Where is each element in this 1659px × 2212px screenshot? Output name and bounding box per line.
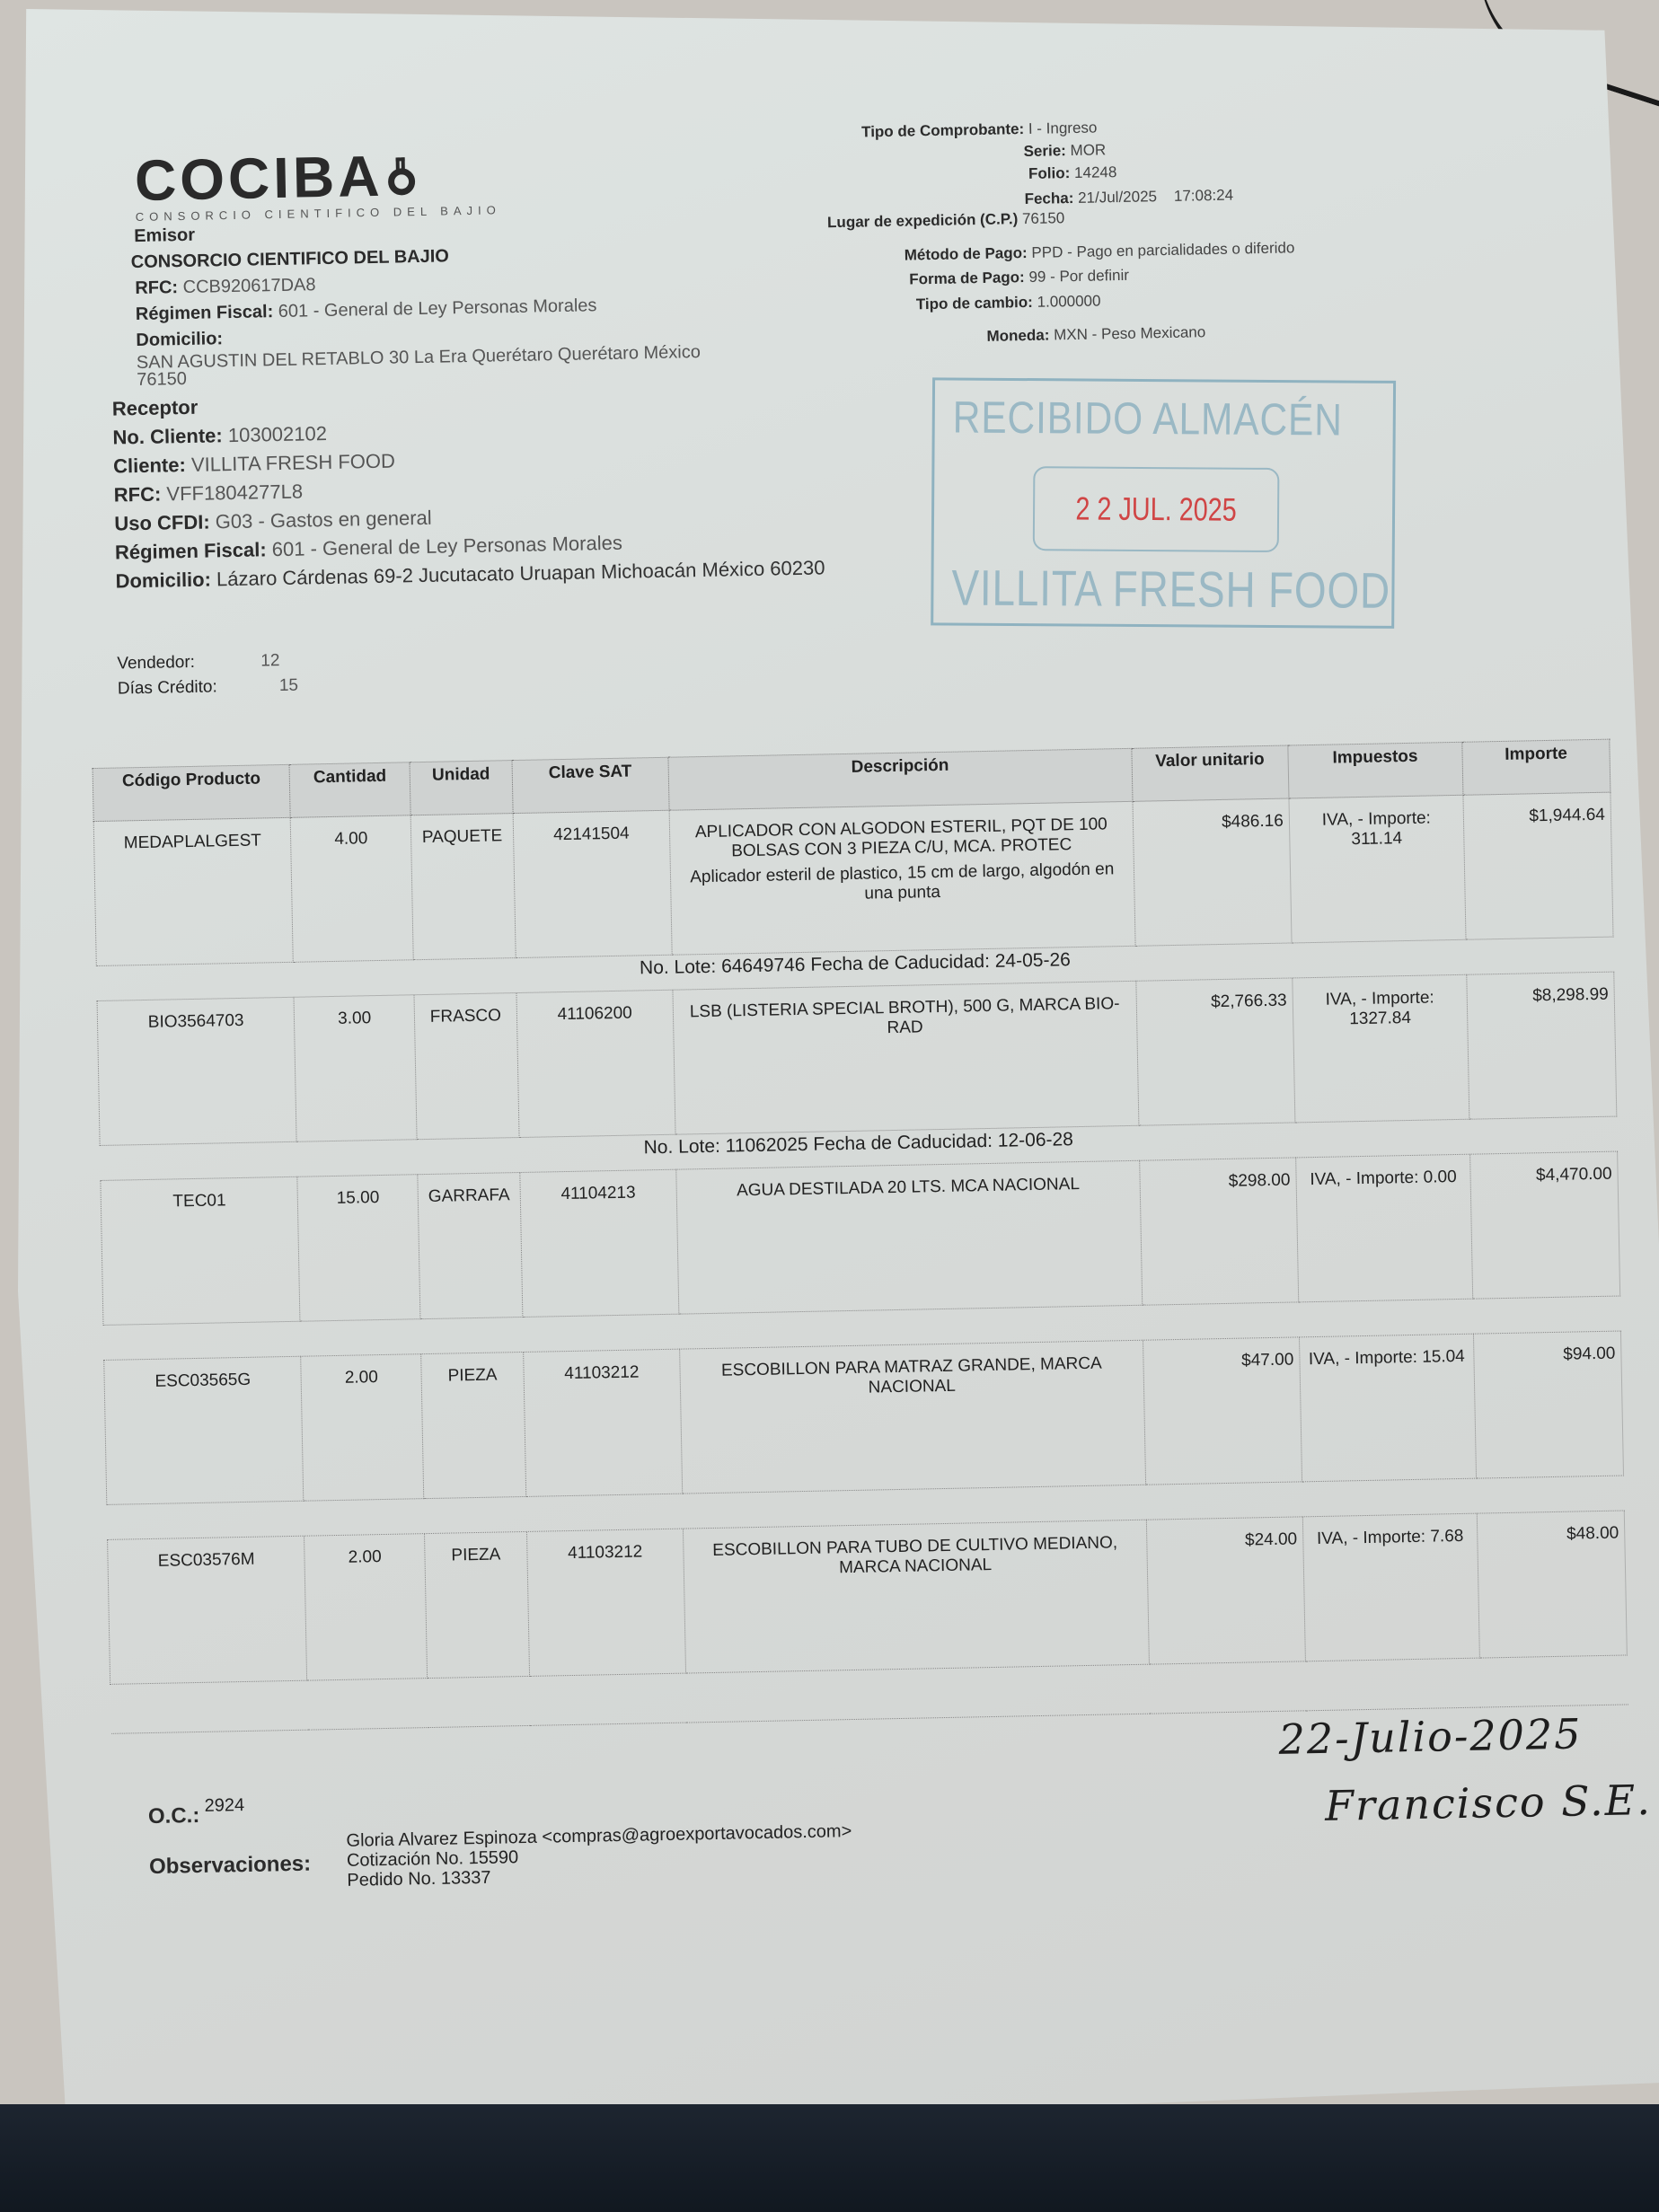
- receiver-block: Receptor No. Cliente: 103002102 Cliente:…: [112, 381, 827, 703]
- quantity-text: 2.00: [345, 1368, 378, 1388]
- tax: IVA, - Importe: 7.68: [1302, 1513, 1479, 1661]
- folio-label: Folio:: [1028, 164, 1071, 182]
- observations: Gloria Alvarez Espinoza <compras@agroexp…: [346, 1821, 852, 1890]
- serie-value: MOR: [1070, 141, 1106, 159]
- clave-sat-text: 41106200: [557, 1004, 632, 1025]
- product-code-text: ESC03576M: [158, 1550, 255, 1571]
- quantity: 2.00: [304, 1534, 428, 1681]
- vendedor-value: 12: [260, 651, 280, 670]
- product-code-text: ESC03565G: [154, 1370, 251, 1391]
- uso-cfdi-label: Uso CFDI:: [114, 511, 210, 535]
- product-code-text: BIO3564703: [148, 1011, 244, 1032]
- description: ESCOBILLON PARA MATRAZ GRANDE, MARCA NAC…: [679, 1340, 1145, 1494]
- clave-sat: 41103212: [523, 1349, 682, 1496]
- table-row: ESC03576M2.00PIEZA41103212ESCOBILLON PAR…: [108, 1511, 1628, 1684]
- credito-label: Días Crédito:: [118, 672, 280, 703]
- issuer-logo: COCIBA CONSORCIO CIENTIFICO DEL BAJIO: [134, 140, 501, 224]
- logo-text: COCIBA: [134, 144, 384, 213]
- unit-price-text: $24.00: [1245, 1529, 1298, 1549]
- oc-label: O.C.:: [148, 1803, 200, 1829]
- flask-icon: [383, 157, 419, 201]
- product-code: BIO3564703: [97, 997, 296, 1145]
- handwritten-signature: Francisco S.E.: [1325, 1776, 1653, 1830]
- uso-cfdi-value: G03 - Gastos en general: [216, 507, 432, 533]
- tax-text: IVA, - Importe: 15.04: [1309, 1347, 1465, 1369]
- product-code: MEDAPLALGEST: [93, 817, 293, 965]
- quantity-text: 2.00: [348, 1547, 381, 1567]
- receiver-regimen-label: Régimen Fiscal:: [115, 538, 267, 563]
- quantity-text: 3.00: [338, 1009, 371, 1028]
- product-code-text: TEC01: [172, 1191, 226, 1211]
- col-importe: Importe: [1462, 739, 1610, 795]
- tax-text: IVA, - Importe: 311.14: [1322, 808, 1431, 849]
- clave-sat: 41103212: [526, 1529, 685, 1676]
- stamp-date-box: 2 2 JUL. 2025: [1033, 466, 1280, 552]
- quantity-text: 4.00: [334, 829, 367, 849]
- unit-text: PIEZA: [451, 1546, 500, 1565]
- product-code: ESC03576M: [108, 1536, 307, 1684]
- credito-value: 15: [279, 676, 299, 695]
- fecha-value: 21/Jul/2025: [1078, 188, 1157, 207]
- amount-text: $4,470.00: [1536, 1165, 1612, 1185]
- no-cliente-label: No. Cliente:: [112, 424, 223, 448]
- unit-price-text: $2,766.33: [1211, 991, 1287, 1012]
- table-row: BIO35647033.00FRASCO41106200LSB (LISTERI…: [97, 972, 1617, 1145]
- footer-block: O.C.: 2924 Observaciones: Gloria Alvarez…: [148, 1791, 853, 1894]
- col-descripcion: Descripción: [668, 748, 1133, 810]
- unit-price-text: $47.00: [1241, 1351, 1294, 1370]
- unit-text: PAQUETE: [422, 826, 503, 847]
- quantity: 2.00: [301, 1354, 424, 1502]
- unit-price: $2,766.33: [1136, 978, 1295, 1125]
- forma-label: Forma de Pago:: [909, 269, 1025, 287]
- tipo-label: Tipo de Comprobante:: [861, 120, 1024, 140]
- col-impuestos: Impuestos: [1288, 742, 1463, 798]
- oc-value: 2924: [204, 1795, 244, 1816]
- tax: IVA, - Importe: 15.04: [1299, 1334, 1476, 1482]
- amount: $48.00: [1477, 1511, 1627, 1658]
- stamp-bottom-text: VILLITA FRESH FOOD: [951, 558, 1390, 619]
- no-cliente-value: 103002102: [228, 422, 328, 446]
- unit: PIEZA: [421, 1352, 526, 1498]
- unit: PAQUETE: [410, 814, 516, 960]
- product-code-text: MEDAPLALGEST: [124, 831, 261, 852]
- quantity-text: 15.00: [337, 1188, 380, 1208]
- unit: FRASCO: [414, 993, 519, 1140]
- tax-text: IVA, - Importe: 1327.84: [1325, 988, 1434, 1028]
- description-detail: Aplicador esteril de plastico, 15 cm de …: [676, 859, 1129, 908]
- tipo-value: I - Ingreso: [1028, 119, 1098, 137]
- receiver-domicilio-label: Domicilio:: [115, 568, 211, 592]
- stamp-date: 2 2 JUL. 2025: [1059, 489, 1253, 529]
- unit-price: $298.00: [1139, 1158, 1298, 1305]
- amount: $1,944.64: [1463, 792, 1613, 939]
- description-text: AGUA DESTILADA 20 LTS. MCA NACIONAL: [737, 1175, 1080, 1200]
- tax-text: IVA, - Importe: 0.00: [1310, 1168, 1457, 1189]
- lugar-value: 76150: [1022, 209, 1065, 227]
- tax: IVA, - Importe: 0.00: [1295, 1154, 1472, 1302]
- table-row: TEC0115.00GARRAFA41104213AGUA DESTILADA …: [101, 1151, 1620, 1325]
- receiver-regimen-value: 601 - General de Ley Personas Morales: [272, 532, 623, 560]
- unit-text: GARRAFA: [428, 1185, 510, 1206]
- items-table: Código Producto Cantidad Unidad Clave SA…: [93, 739, 1628, 1734]
- clave-sat: 42141504: [513, 810, 672, 957]
- issuer-rfc-label: RFC:: [135, 278, 178, 298]
- serie-label: Serie:: [1023, 142, 1066, 160]
- lugar-label: Lugar de expedición (C.P.): [827, 210, 1019, 231]
- unit-text: PIEZA: [447, 1366, 497, 1386]
- cliente-label: Cliente:: [113, 454, 186, 478]
- col-valor-unitario: Valor unitario: [1132, 745, 1289, 801]
- metodo-label: Método de Pago:: [905, 244, 1028, 264]
- amount-text: $1,944.64: [1529, 806, 1605, 826]
- tax: IVA, - Importe: 311.14: [1289, 795, 1466, 943]
- amount: $4,470.00: [1470, 1151, 1620, 1299]
- unit-price: $24.00: [1146, 1517, 1305, 1664]
- table-row: MEDAPLALGEST4.00PAQUETE42141504APLICADOR…: [93, 792, 1613, 965]
- product-code: ESC03565G: [104, 1356, 304, 1504]
- col-cantidad: Cantidad: [289, 762, 410, 818]
- description: ESCOBILLON PARA TUBO DE CULTIVO MEDIANO,…: [683, 1520, 1149, 1673]
- issuer-block: Emisor CONSORCIO CIENTIFICO DEL BAJIO RF…: [134, 213, 701, 388]
- description: LSB (LISTERIA SPECIAL BROTH), 500 G, MAR…: [673, 981, 1139, 1134]
- description-text: ESCOBILLON PARA MATRAZ GRANDE, MARCA NAC…: [721, 1354, 1102, 1397]
- description-text: ESCOBILLON PARA TUBO DE CULTIVO MEDIANO,…: [712, 1533, 1117, 1577]
- folio-value: 14248: [1074, 163, 1117, 181]
- tax: IVA, - Importe: 1327.84: [1293, 974, 1469, 1123]
- fecha-label: Fecha:: [1024, 189, 1073, 207]
- invoice-document: COCIBA CONSORCIO CIENTIFICO DEL BAJIO Em…: [0, 0, 1659, 2212]
- col-clave-sat: Clave SAT: [512, 757, 669, 813]
- unit: GARRAFA: [418, 1173, 523, 1319]
- unit-price-text: $298.00: [1229, 1171, 1291, 1191]
- obs-label: Observaciones:: [149, 1851, 348, 1894]
- moneda-label: Moneda:: [986, 327, 1049, 345]
- cliente-value: VILLITA FRESH FOOD: [191, 450, 395, 476]
- amount: $8,298.99: [1467, 972, 1617, 1119]
- tax-text: IVA, - Importe: 7.68: [1317, 1527, 1464, 1548]
- issuer-regimen: 601 - General de Ley Personas Morales: [278, 295, 597, 322]
- unit-price: $47.00: [1143, 1337, 1302, 1485]
- clave-sat: 41106200: [516, 990, 675, 1137]
- handwritten-date: 22-Julio-2025: [1278, 1709, 1583, 1763]
- description: AGUA DESTILADA 20 LTS. MCA NACIONAL: [676, 1160, 1143, 1314]
- forma-value: 99 - Por definir: [1028, 267, 1129, 286]
- description-text: LSB (LISTERIA SPECIAL BROTH), 500 G, MAR…: [690, 994, 1120, 1037]
- amount-text: $8,298.99: [1532, 985, 1609, 1006]
- unit-price-text: $486.16: [1222, 812, 1284, 832]
- col-codigo: Código Producto: [93, 764, 290, 821]
- metodo-value: PPD - Pago en parcialidades o diferido: [1031, 239, 1294, 261]
- moneda-value: MXN - Peso Mexicano: [1054, 323, 1205, 343]
- quantity: 3.00: [294, 995, 417, 1142]
- clave-sat-text: 41103212: [568, 1542, 643, 1563]
- unit: PIEZA: [425, 1531, 530, 1678]
- amount-text: $94.00: [1563, 1344, 1616, 1364]
- clave-sat: 41104213: [520, 1169, 679, 1317]
- unit-price: $486.16: [1133, 798, 1292, 946]
- quantity: 15.00: [297, 1175, 420, 1322]
- description: APLICADOR CON ALGODON ESTERIL, PQT DE 10…: [669, 801, 1135, 955]
- issuer-rfc: CCB920617DA8: [182, 275, 315, 297]
- description-text: APLICADOR CON ALGODON ESTERIL, PQT DE 10…: [695, 815, 1107, 860]
- receiver-rfc-value: VFF1804277L8: [166, 480, 303, 506]
- clave-sat-text: 41104213: [560, 1184, 636, 1204]
- amount: $94.00: [1473, 1331, 1623, 1478]
- product-code: TEC01: [101, 1177, 300, 1325]
- clave-sat-text: 41103212: [564, 1363, 640, 1384]
- table-row: ESC03565G2.00PIEZA41103212ESCOBILLON PAR…: [104, 1331, 1624, 1504]
- cambio-label: Tipo de cambio:: [916, 294, 1033, 313]
- received-stamp: RECIBIDO ALMACÉN 2 2 JUL. 2025 VILLITA F…: [931, 377, 1396, 629]
- stamp-top-text: RECIBIDO ALMACÉN: [953, 391, 1343, 445]
- clave-sat-text: 42141504: [553, 824, 630, 845]
- cambio-value: 1.000000: [1037, 292, 1100, 310]
- issuer-regimen-label: Régimen Fiscal:: [136, 302, 274, 324]
- receiver-rfc-label: RFC:: [114, 483, 162, 507]
- quantity: 4.00: [290, 815, 413, 963]
- col-unidad: Unidad: [410, 761, 513, 815]
- amount-text: $48.00: [1566, 1524, 1619, 1544]
- unit-text: FRASCO: [430, 1006, 502, 1027]
- hora-value: 17:08:24: [1174, 187, 1234, 205]
